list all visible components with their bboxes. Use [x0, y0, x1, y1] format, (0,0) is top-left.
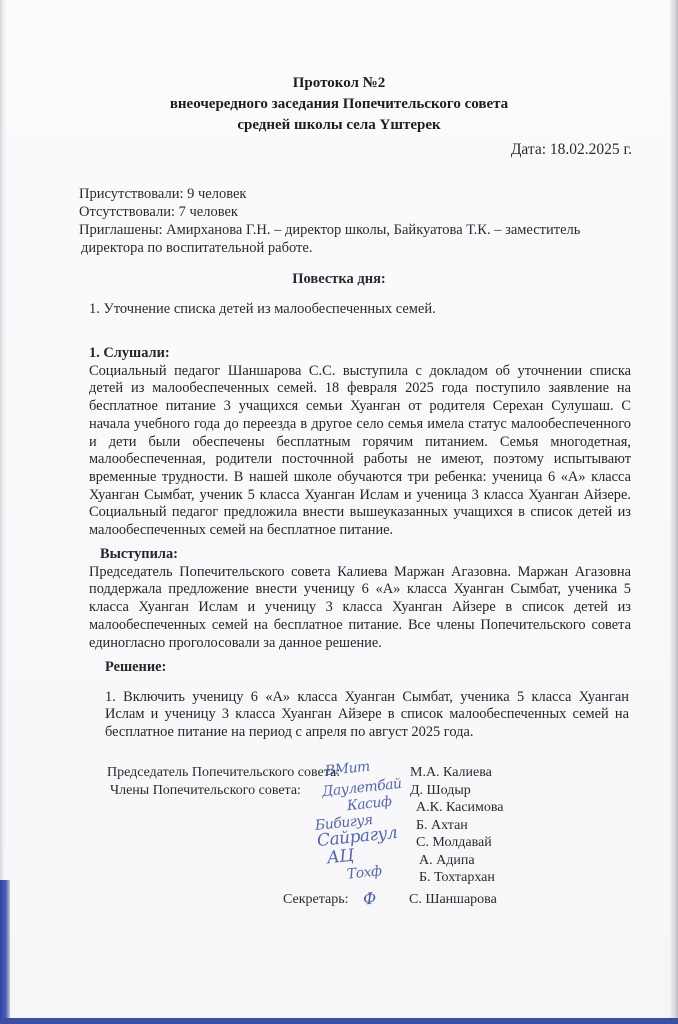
spoke-text: Председатель Попечительского совета Кали…: [89, 564, 631, 651]
signatory-name: Д. Шодыр: [410, 782, 471, 800]
page-right-edge: [670, 0, 678, 1024]
absent-count: Отсутствовали: 7 человек: [79, 203, 599, 221]
spoke-section: Выступила: Председатель Попечительского …: [89, 546, 631, 652]
signature-scribble: ВМит: [324, 759, 371, 781]
secretary-name: С. Шаншарова: [409, 892, 497, 908]
secretary-scribble: Ф: [362, 889, 377, 909]
decision-heading: Решение:: [105, 659, 629, 677]
title-line-3: средней школы села Үштерек: [0, 115, 678, 136]
title-line-1: Протокол №2: [0, 73, 678, 94]
present-count: Присутствовали: 9 человек: [79, 185, 599, 203]
invited-line-2: директора по воспитательной работе.: [79, 239, 599, 257]
signatory-name: А.К. Касимова: [416, 799, 504, 817]
heard-section: 1. Слушали: Социальный педагог Шаншарова…: [89, 345, 631, 540]
heard-heading: 1. Слушали:: [89, 345, 631, 363]
signatory-name: А. Адипа: [419, 852, 475, 870]
agenda-item: 1. Уточнение списка детей из малообеспеч…: [89, 301, 436, 318]
spoke-heading: Выступила:: [89, 546, 631, 564]
signature-row: АЦ А. Адипа: [107, 852, 537, 870]
title-line-2: внеочередного заседания Попечительского …: [0, 94, 678, 115]
signatures-block: Председатель Попечительского совета: ВМи…: [107, 764, 537, 887]
signature-row: Председатель Попечительского совета: ВМи…: [107, 764, 537, 782]
members-role: Члены Попечительского совета:: [110, 782, 301, 800]
document-date: Дата: 18.02.2025 г.: [511, 141, 632, 159]
decision-section: Решение: 1. Включить ученицу 6 «А» класс…: [105, 659, 629, 742]
signature-scribble: АЦ: [326, 847, 354, 867]
background-surface-left: [0, 880, 10, 1024]
secretary-role: Секретарь:: [283, 892, 349, 908]
secretary-signature: Секретарь: Ф С. Шаншарова: [283, 892, 523, 916]
document-title: Протокол №2 внеочередного заседания Попе…: [0, 73, 678, 136]
signature-row: Сайрагул С. Молдавай: [107, 834, 537, 852]
signatory-name: М.А. Калиева: [410, 764, 492, 782]
signatory-name: Б. Тохтархан: [419, 869, 495, 887]
background-surface-bottom: [0, 1018, 678, 1024]
decision-text: 1. Включить ученицу 6 «А» класса Хуанган…: [105, 689, 629, 740]
agenda-heading: Повестка дня:: [0, 271, 678, 288]
chair-role: Председатель Попечительского совета:: [107, 764, 340, 782]
signature-row: Касиф А.К. Касимова: [107, 799, 537, 817]
attendance-block: Присутствовали: 9 человек Отсутствовали:…: [79, 185, 599, 257]
signatory-name: Б. Ахтан: [416, 817, 468, 835]
signature-scribble: Тохф: [346, 863, 382, 884]
signatory-name: С. Молдавай: [416, 834, 492, 852]
signature-row: Тохф Б. Тохтархан: [107, 869, 537, 887]
signature-row: Члены Попечительского совета: Даулетбай …: [107, 782, 537, 800]
invited-line-1: Приглашены: Амирханова Г.Н. – директор ш…: [79, 221, 599, 239]
heard-text: Социальный педагог Шаншарова С.С. выступ…: [89, 363, 631, 538]
